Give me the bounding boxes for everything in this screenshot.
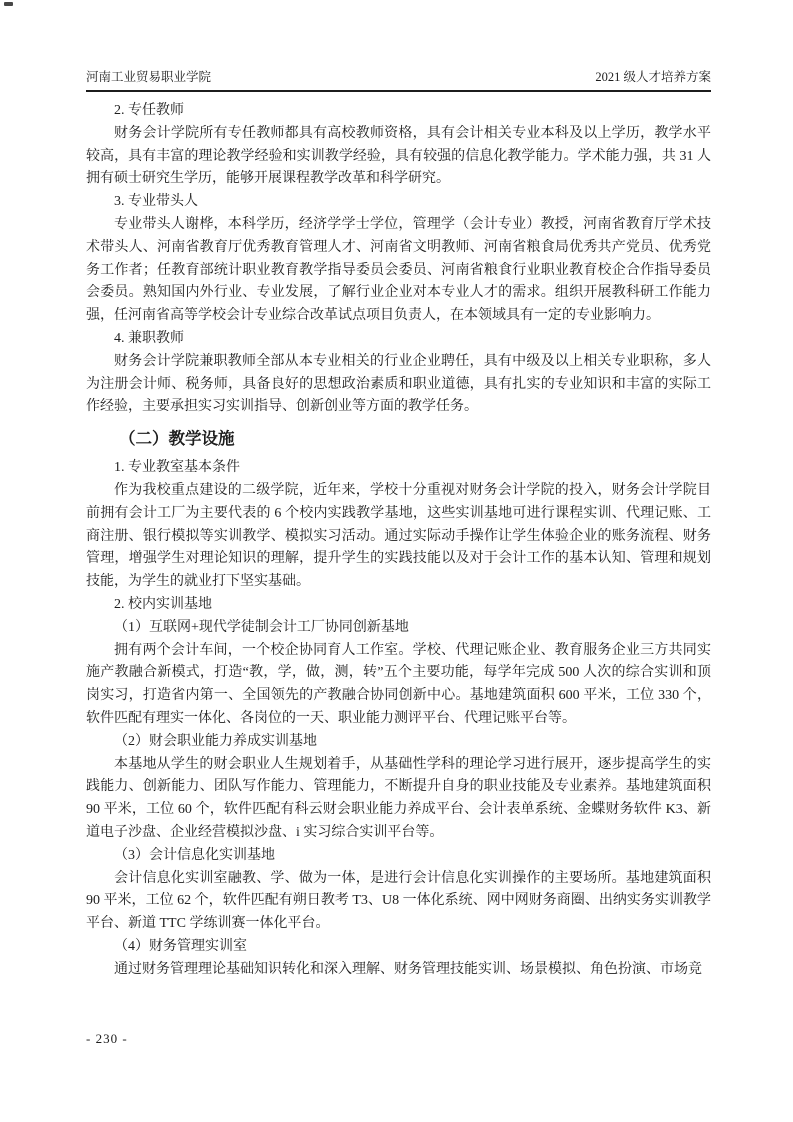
list-item: （4）财务管理实训室 — [86, 936, 711, 959]
body-paragraph: 通过财务管理理论基础知识转化和深入理解、财务管理技能实训、场景模拟、角色扮演、市… — [86, 959, 711, 982]
document-body: 2. 专任教师财务会计学院所有专任教师都具有高校教师资格，具有会计相关专业本科及… — [86, 100, 711, 981]
document-page: 河南工业贸易职业学院 2021 级人才培养方案 2. 专任教师财务会计学院所有专… — [0, 0, 793, 1122]
page-header: 河南工业贸易职业学院 2021 级人才培养方案 — [86, 69, 711, 92]
list-item: 1. 专业教室基本条件 — [86, 457, 711, 480]
body-paragraph: 专业带头人谢桦，本科学历，经济学学士学位，管理学（会计专业）教授，河南省教育厅学… — [86, 214, 711, 328]
list-item: 3. 专业带头人 — [86, 191, 711, 214]
list-item: （3）会计信息化实训基地 — [86, 845, 711, 868]
header-school-name: 河南工业贸易职业学院 — [86, 69, 211, 85]
list-item: （1）互联网+现代学徒制会计工厂协同创新基地 — [86, 617, 711, 640]
list-item: 2. 专任教师 — [86, 100, 711, 123]
scan-artifact-mark — [4, 2, 13, 6]
section-heading: （二）教学设施 — [86, 424, 711, 454]
list-item: （2）财会职业能力养成实训基地 — [86, 731, 711, 754]
body-paragraph: 财务会计学院所有专任教师都具有高校教师资格，具有会计相关专业本科及以上学历，教学… — [86, 123, 711, 191]
page-number: - 230 - — [86, 1031, 128, 1047]
body-paragraph: 财务会计学院兼职教师全部从本专业相关的行业企业聘任，具有中级及以上相关专业职称，… — [86, 351, 711, 419]
body-paragraph: 作为我校重点建设的二级学院，近年来，学校十分重视对财务会计学院的投入，财务会计学… — [86, 480, 711, 594]
header-doc-title: 2021 级人才培养方案 — [595, 69, 711, 85]
list-item: 2. 校内实训基地 — [86, 594, 711, 617]
body-paragraph: 会计信息化实训室融教、学、做为一体，是进行会计信息化实训操作的主要场所。基地建筑… — [86, 868, 711, 936]
list-item: 4. 兼职教师 — [86, 328, 711, 351]
body-paragraph: 本基地从学生的财会职业人生规划着手，从基础性学科的理论学习进行展开，逐步提高学生… — [86, 754, 711, 845]
body-paragraph: 拥有两个会计车间，一个校企协同育人工作室。学校、代理记账企业、教育服务企业三方共… — [86, 640, 711, 731]
